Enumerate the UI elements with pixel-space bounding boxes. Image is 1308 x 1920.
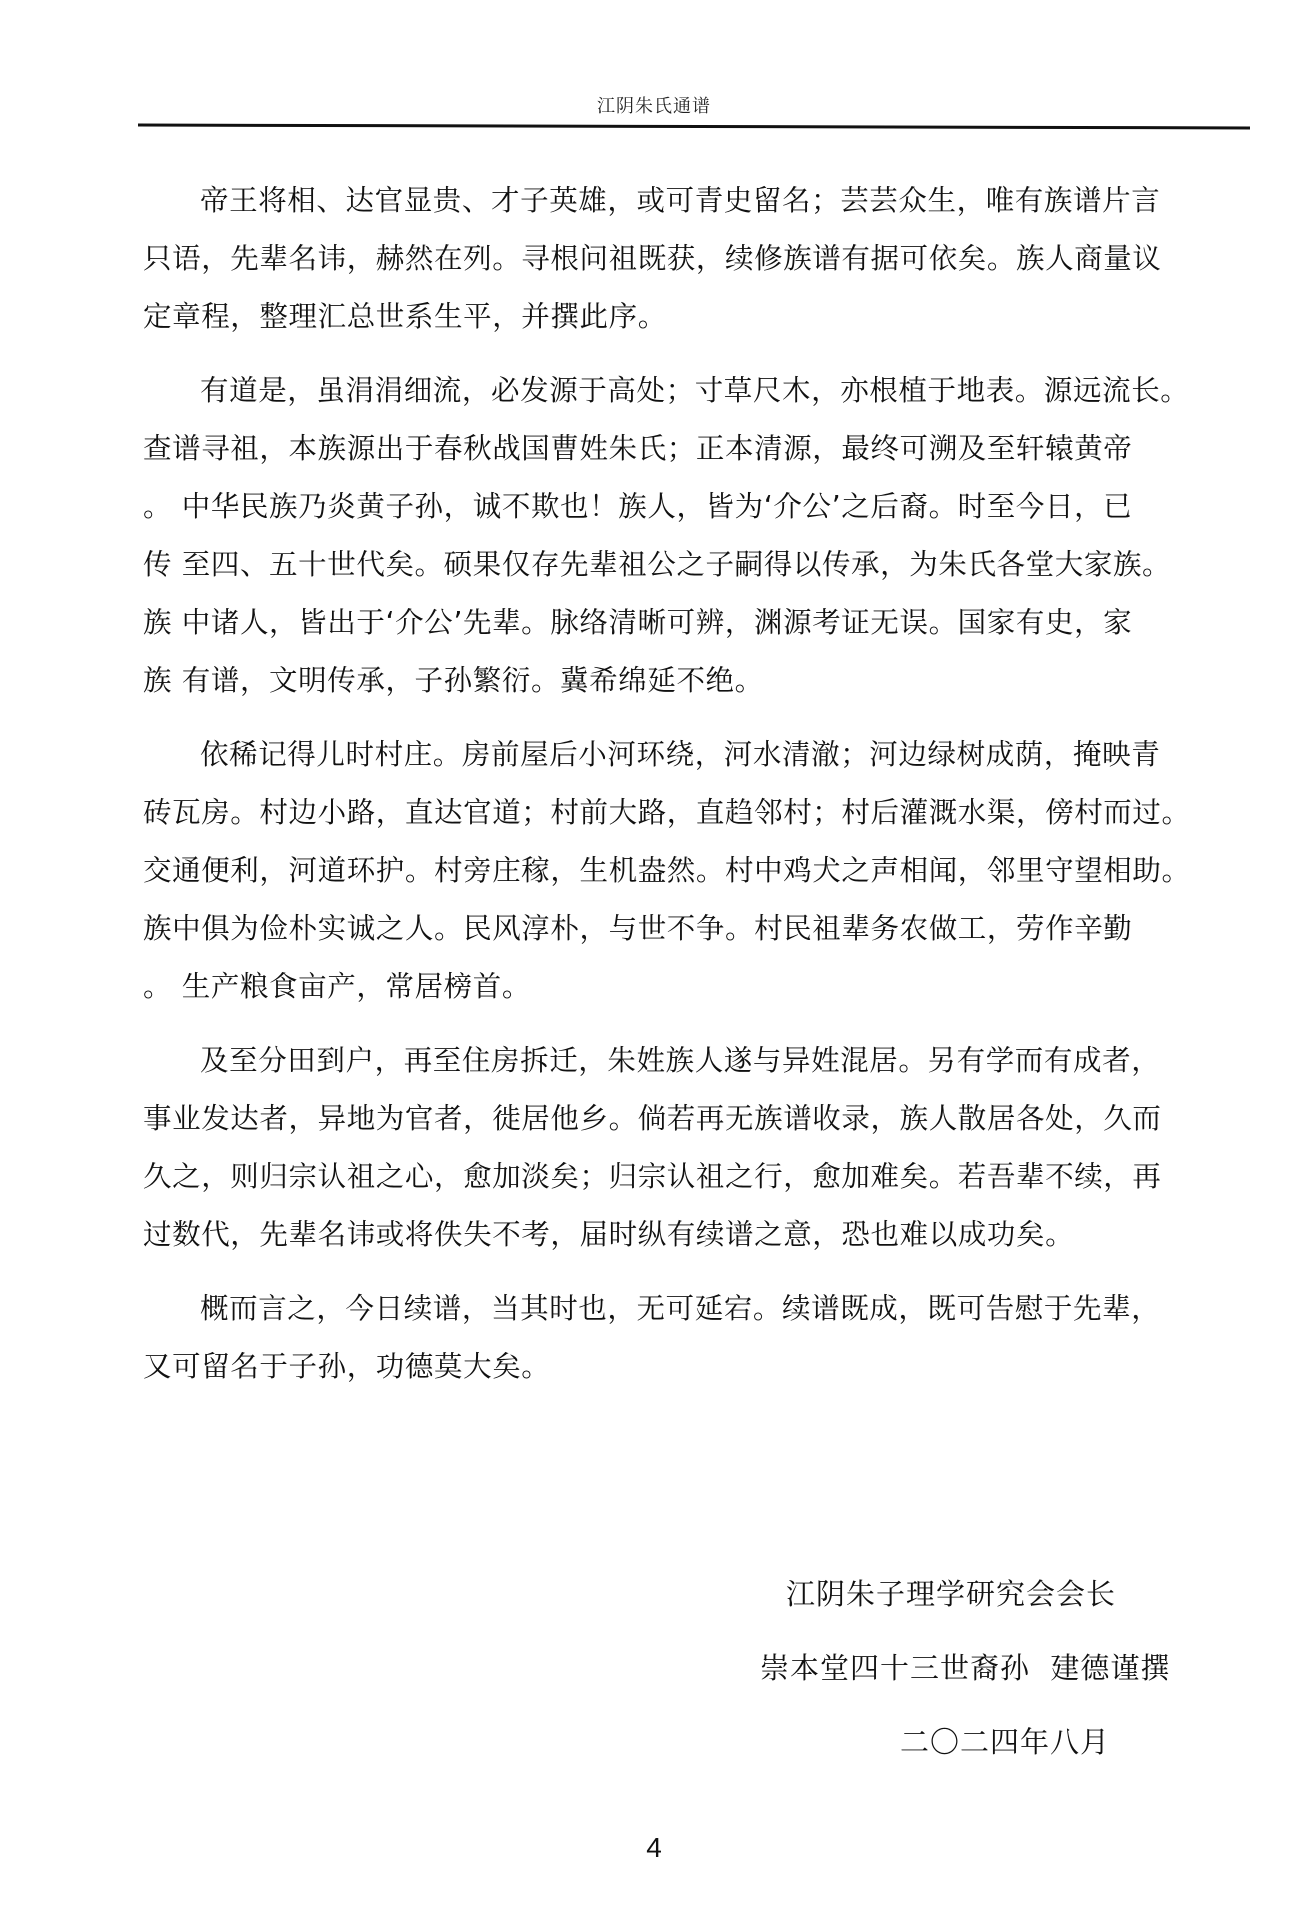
text-line: 帝王将相、达官显贵、才子英雄，或可青史留名；芸芸众生，唯有族谱片言 bbox=[143, 172, 1253, 230]
text-line: 砖瓦房。村边小路，直达官道；村前大路，直趋邻村；村后灌溉水渠，傍村而过。 bbox=[143, 784, 1253, 842]
page-number: 4 bbox=[0, 1832, 1308, 1864]
text-line: 族中俱为俭朴实诚之人。民风淳朴，与世不争。村民祖辈务农做工，劳作辛勤 bbox=[143, 900, 1253, 958]
text-line: 交通便利，河道环护。村旁庄稼，生机盎然。村中鸡犬之声相闻，邻里守望相助。 bbox=[143, 842, 1253, 900]
text-line: 依稀记得儿时村庄。房前屋后小河环绕，河水清澈；河边绿树成荫，掩映青 bbox=[143, 726, 1253, 784]
paragraph-4: 及至分田到户，再至住房拆迁，朱姓族人遂与异姓混居。另有学而有成者， 事业发达者，… bbox=[143, 1032, 1253, 1264]
text-line: 定章程，整理汇总世系生平，并撰此序。 bbox=[143, 288, 1253, 346]
text-line: 及至分田到户，再至住房拆迁，朱姓族人遂与异姓混居。另有学而有成者， bbox=[143, 1032, 1253, 1090]
text-line: 查谱寻祖，本族源出于春秋战国曹姓朱氏；正本清源，最终可溯及至轩辕黄帝 bbox=[143, 420, 1253, 478]
text-line: 事业发达者，异地为官者，徙居他乡。倘若再无族谱收录，族人散居各处，久而 bbox=[143, 1090, 1253, 1148]
text-line: 族 有谱，文明传承，子孙繁衍。冀希绵延不绝。 bbox=[143, 652, 1253, 710]
paragraph-3: 依稀记得儿时村庄。房前屋后小河环绕，河水清澈；河边绿树成荫，掩映青 砖瓦房。村边… bbox=[143, 726, 1253, 1016]
text-line: 。 生产粮食亩产，常居榜首。 bbox=[143, 958, 1253, 1016]
signature-date: 二〇二四年八月 bbox=[900, 1720, 1110, 1761]
text-line: 又可留名于子孙，功德莫大矣。 bbox=[143, 1338, 1253, 1396]
paragraph-5: 概而言之，今日续谱，当其时也，无可延宕。续谱既成，既可告慰于先辈， 又可留名于子… bbox=[143, 1280, 1253, 1396]
paragraph-2: 有道是，虽涓涓细流，必发源于高处；寸草尺木，亦根植于地表。源远流长。 查谱寻祖，… bbox=[143, 362, 1253, 710]
text-line: 久之，则归宗认祖之心，愈加淡矣；归宗认祖之行，愈加难矣。若吾辈不续，再 bbox=[143, 1148, 1253, 1206]
signature-organization: 江阴朱子理学研究会会长 bbox=[786, 1572, 1116, 1613]
text-line: 族 中诸人，皆出于‘介公’先辈。脉络清晰可辨，渊源考证无误。国家有史，家 bbox=[143, 594, 1253, 652]
paragraph-1: 帝王将相、达官显贵、才子英雄，或可青史留名；芸芸众生，唯有族谱片言 只语，先辈名… bbox=[143, 172, 1253, 346]
text-line: 传 至四、五十世代矣。硕果仅存先辈祖公之子嗣得以传承，为朱氏各堂大家族。 bbox=[143, 536, 1253, 594]
signature-author: 崇本堂四十三世裔孙 建德谨撰 bbox=[760, 1646, 1170, 1687]
text-line: 概而言之，今日续谱，当其时也，无可延宕。续谱既成，既可告慰于先辈， bbox=[143, 1280, 1253, 1338]
text-line: 有道是，虽涓涓细流，必发源于高处；寸草尺木，亦根植于地表。源远流长。 bbox=[143, 362, 1253, 420]
header-rule-divider bbox=[138, 124, 1250, 130]
text-line: 只语，先辈名讳，赫然在列。寻根问祖既获，续修族谱有据可依矣。族人商量议 bbox=[143, 230, 1253, 288]
text-line: 过数代，先辈名讳或将佚失不考，届时纵有续谱之意，恐也难以成功矣。 bbox=[143, 1206, 1253, 1264]
preface-body: 帝王将相、达官显贵、才子英雄，或可青史留名；芸芸众生，唯有族谱片言 只语，先辈名… bbox=[143, 172, 1253, 1412]
running-header-title: 江阴朱氏通谱 bbox=[0, 92, 1308, 118]
text-line: 。 中华民族乃炎黄子孙，诚不欺也！族人，皆为‘介公’之后裔。时至今日，已 bbox=[143, 478, 1253, 536]
